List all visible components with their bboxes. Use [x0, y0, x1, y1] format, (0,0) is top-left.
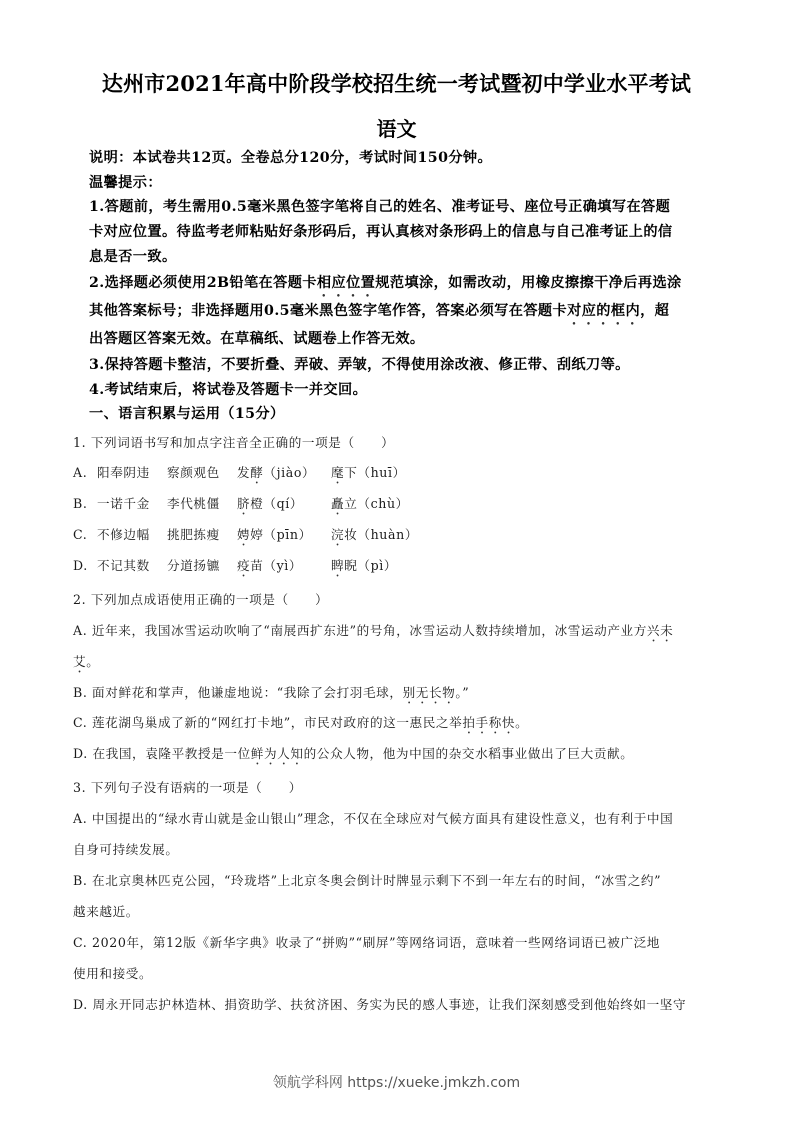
- question-2-option-d: D. 在我国，袁隆平教授是一位鲜为人知的公众人物，他为中国的杂交水稻事业做出了巨…: [73, 743, 633, 768]
- text: 规范填涂，如需改动，用橡皮擦擦干净后再选涂: [375, 275, 681, 291]
- pinyin: 妆（huàn）: [344, 527, 418, 542]
- question-3-option-b: B. 在北京奥林匹克公园，“玲珑塔”上北京冬奥会倒计时牌显示剩下不到一年左右的时…: [73, 870, 661, 889]
- text: D. 在我国，袁隆平教授是一位: [73, 746, 251, 761]
- question-1-option-c: C.不修边幅挑肥拣瘦娉婷（pīn）浣妆（huàn）: [73, 524, 418, 549]
- word: 发: [237, 465, 250, 480]
- exam-title: 达州市2021年高中阶段学校招生统一考试暨初中学业水平考试: [0, 68, 793, 98]
- tips-heading: 温馨提示：: [89, 172, 162, 192]
- pinyin: 苗（yì）: [250, 558, 302, 573]
- tip-1-line-2: 卡对应位置。待监考老师粘贴好条形码后，再认真核对条形码上的信息与自己准考证上的信: [89, 221, 673, 241]
- option-label: C.: [73, 527, 97, 542]
- emphasized-text: 艾: [73, 654, 86, 669]
- tip-2-line-2: 其他答案标号；非选择题用0.5毫米黑色签字笔作答，答案必须写在答题卡对应的框内，…: [89, 300, 669, 328]
- tip-4: 4.考试结束后，将试卷及答题卡一并交回。: [89, 379, 367, 399]
- text: 。”: [455, 685, 469, 700]
- section-1-heading: 一、语言积累与运用（15分）: [89, 403, 285, 423]
- question-3-option-d: D. 周永开同志护林造林、捐资助学、扶贫济困、务实为民的感人事迹，让我们深刻感受…: [73, 994, 686, 1013]
- pinyin: （jiào）: [263, 465, 315, 480]
- dotted-char: 麾: [331, 465, 344, 480]
- option-label: A.: [73, 465, 97, 480]
- question-3-option-c: C. 2020年，第12版《新华字典》收录了“拼购”“刷屏”等网络词语，意味着一…: [73, 932, 660, 951]
- question-2-option-a: A. 近年来，我国冰雪运动吹响了“南展西扩东进”的号角，冰雪运动人数持续增加，冰…: [73, 620, 673, 645]
- text: B. 面对鲜花和掌声，他谦虚地说：“我除了会打羽毛球，: [73, 685, 403, 700]
- question-1-option-d: D.不记其数分道扬镳疫苗（yì）睥睨（pì）: [73, 555, 397, 580]
- question-2-option-a-cont: 艾。: [73, 651, 99, 676]
- pinyin: 立（chù）: [344, 496, 409, 511]
- emphasized-text: 拍手称快: [462, 715, 515, 730]
- dotted-char: 酵: [250, 465, 263, 480]
- text: 。: [515, 715, 528, 730]
- subject-title: 语文: [0, 113, 793, 142]
- question-3-option-a-cont: 自身可持续发展。: [73, 839, 179, 858]
- text: A. 近年来，我国冰雪运动吹响了“南展西扩东进”的号角，冰雪运动人数持续增加，冰…: [73, 623, 647, 638]
- option-label: D.: [73, 558, 97, 573]
- emphasized-text: 对应的框内: [567, 303, 640, 319]
- emphasized-text: 别无长物: [403, 685, 456, 700]
- dotted-char: 娉: [237, 527, 250, 542]
- emphasized-text: 鲜为人知: [251, 746, 304, 761]
- question-3-option-b-cont: 越来越近。: [73, 901, 139, 920]
- question-1-stem: 1. 下列词语书写和加点字注音全正确的一项是（ ）: [73, 432, 394, 451]
- question-3-stem: 3. 下列句子没有语病的一项是（ ）: [73, 777, 302, 796]
- question-3-option-a: A. 中国提出的“绿水青山就是金山银山”理念，不仅在全球应对气候方面具有建设性意…: [73, 808, 673, 827]
- pinyin: 睨（pì）: [344, 558, 397, 573]
- dotted-char: 疫: [237, 558, 250, 573]
- question-2-option-c: C. 莲花湖鸟巢成了新的“网红打卡地”，市民对政府的这一惠民之举拍手称快。: [73, 712, 528, 737]
- pinyin: 下（huī）: [344, 465, 406, 480]
- tip-1-line-3: 息是否一致。: [89, 246, 177, 266]
- dotted-char: 睥: [331, 558, 344, 573]
- exam-page: 达州市2021年高中阶段学校招生统一考试暨初中学业水平考试 语文 说明：本试卷共…: [0, 0, 793, 1122]
- tip-3: 3.保持答题卡整洁，不要折叠、弄破、弄皱，不得使用涂改液、修正带、刮纸刀等。: [89, 354, 630, 374]
- word: 察颜观色: [167, 462, 237, 481]
- word: 李代桃僵: [167, 493, 237, 512]
- emphasized-text: 相应位置: [317, 275, 375, 291]
- text: 的公众人物，他为中国的杂交水稻事业做出了巨大贡献。: [304, 746, 634, 761]
- pinyin: 婷（pīn）: [250, 527, 312, 542]
- pinyin: 橙（qí）: [250, 496, 303, 511]
- word: 挑肥拣瘦: [167, 524, 237, 543]
- watermark-footer: 领航学科网 https://xueke.jmkzh.com: [0, 1072, 793, 1092]
- word: 一诺千金: [97, 493, 167, 512]
- text: 2.选择题必须使用2B铅笔在答题卡: [89, 275, 317, 291]
- exam-note: 说明：本试卷共12页。全卷总分120分，考试时间150分钟。: [89, 147, 492, 167]
- emphasized-text: 兴未: [647, 623, 673, 638]
- dotted-char: 脐: [237, 496, 250, 511]
- tip-2-line-1: 2.选择题必须使用2B铅笔在答题卡相应位置规范填涂，如需改动，用橡皮擦擦干净后再…: [89, 272, 682, 300]
- dotted-char: 浣: [331, 527, 344, 542]
- text: 。: [86, 654, 99, 669]
- option-label: B.: [73, 496, 97, 511]
- tip-1-line-1: 1.答题前，考生需用0.5毫米黑色签字笔将自己的姓名、准考证号、座位号正确填写在…: [89, 196, 670, 216]
- tip-2-line-3: 出答题区答案无效。在草稿纸、试题卷上作答无效。: [89, 328, 425, 348]
- word: 分道扬镳: [167, 555, 237, 574]
- dotted-char: 矗: [331, 496, 344, 511]
- text: C. 莲花湖鸟巢成了新的“网红打卡地”，市民对政府的这一惠民之举: [73, 715, 462, 730]
- question-2-stem: 2. 下列加点成语使用正确的一项是（ ）: [73, 589, 328, 608]
- question-1-option-a: A.阳奉阴违察颜观色发酵（jiào）麾下（huī）: [73, 462, 406, 487]
- question-1-option-b: B.一诺千金李代桃僵脐橙（qí）矗立（chù）: [73, 493, 409, 518]
- question-2-option-b: B. 面对鲜花和掌声，他谦虚地说：“我除了会打羽毛球，别无长物。”: [73, 682, 469, 707]
- word: 不修边幅: [97, 524, 167, 543]
- text: ，超: [640, 303, 669, 319]
- word: 阳奉阴违: [97, 462, 167, 481]
- word: 不记其数: [97, 555, 167, 574]
- question-3-option-c-cont: 使用和接受。: [73, 963, 152, 982]
- text: 其他答案标号；非选择题用0.5毫米黑色签字笔作答，答案必须写在答题卡: [89, 303, 567, 319]
